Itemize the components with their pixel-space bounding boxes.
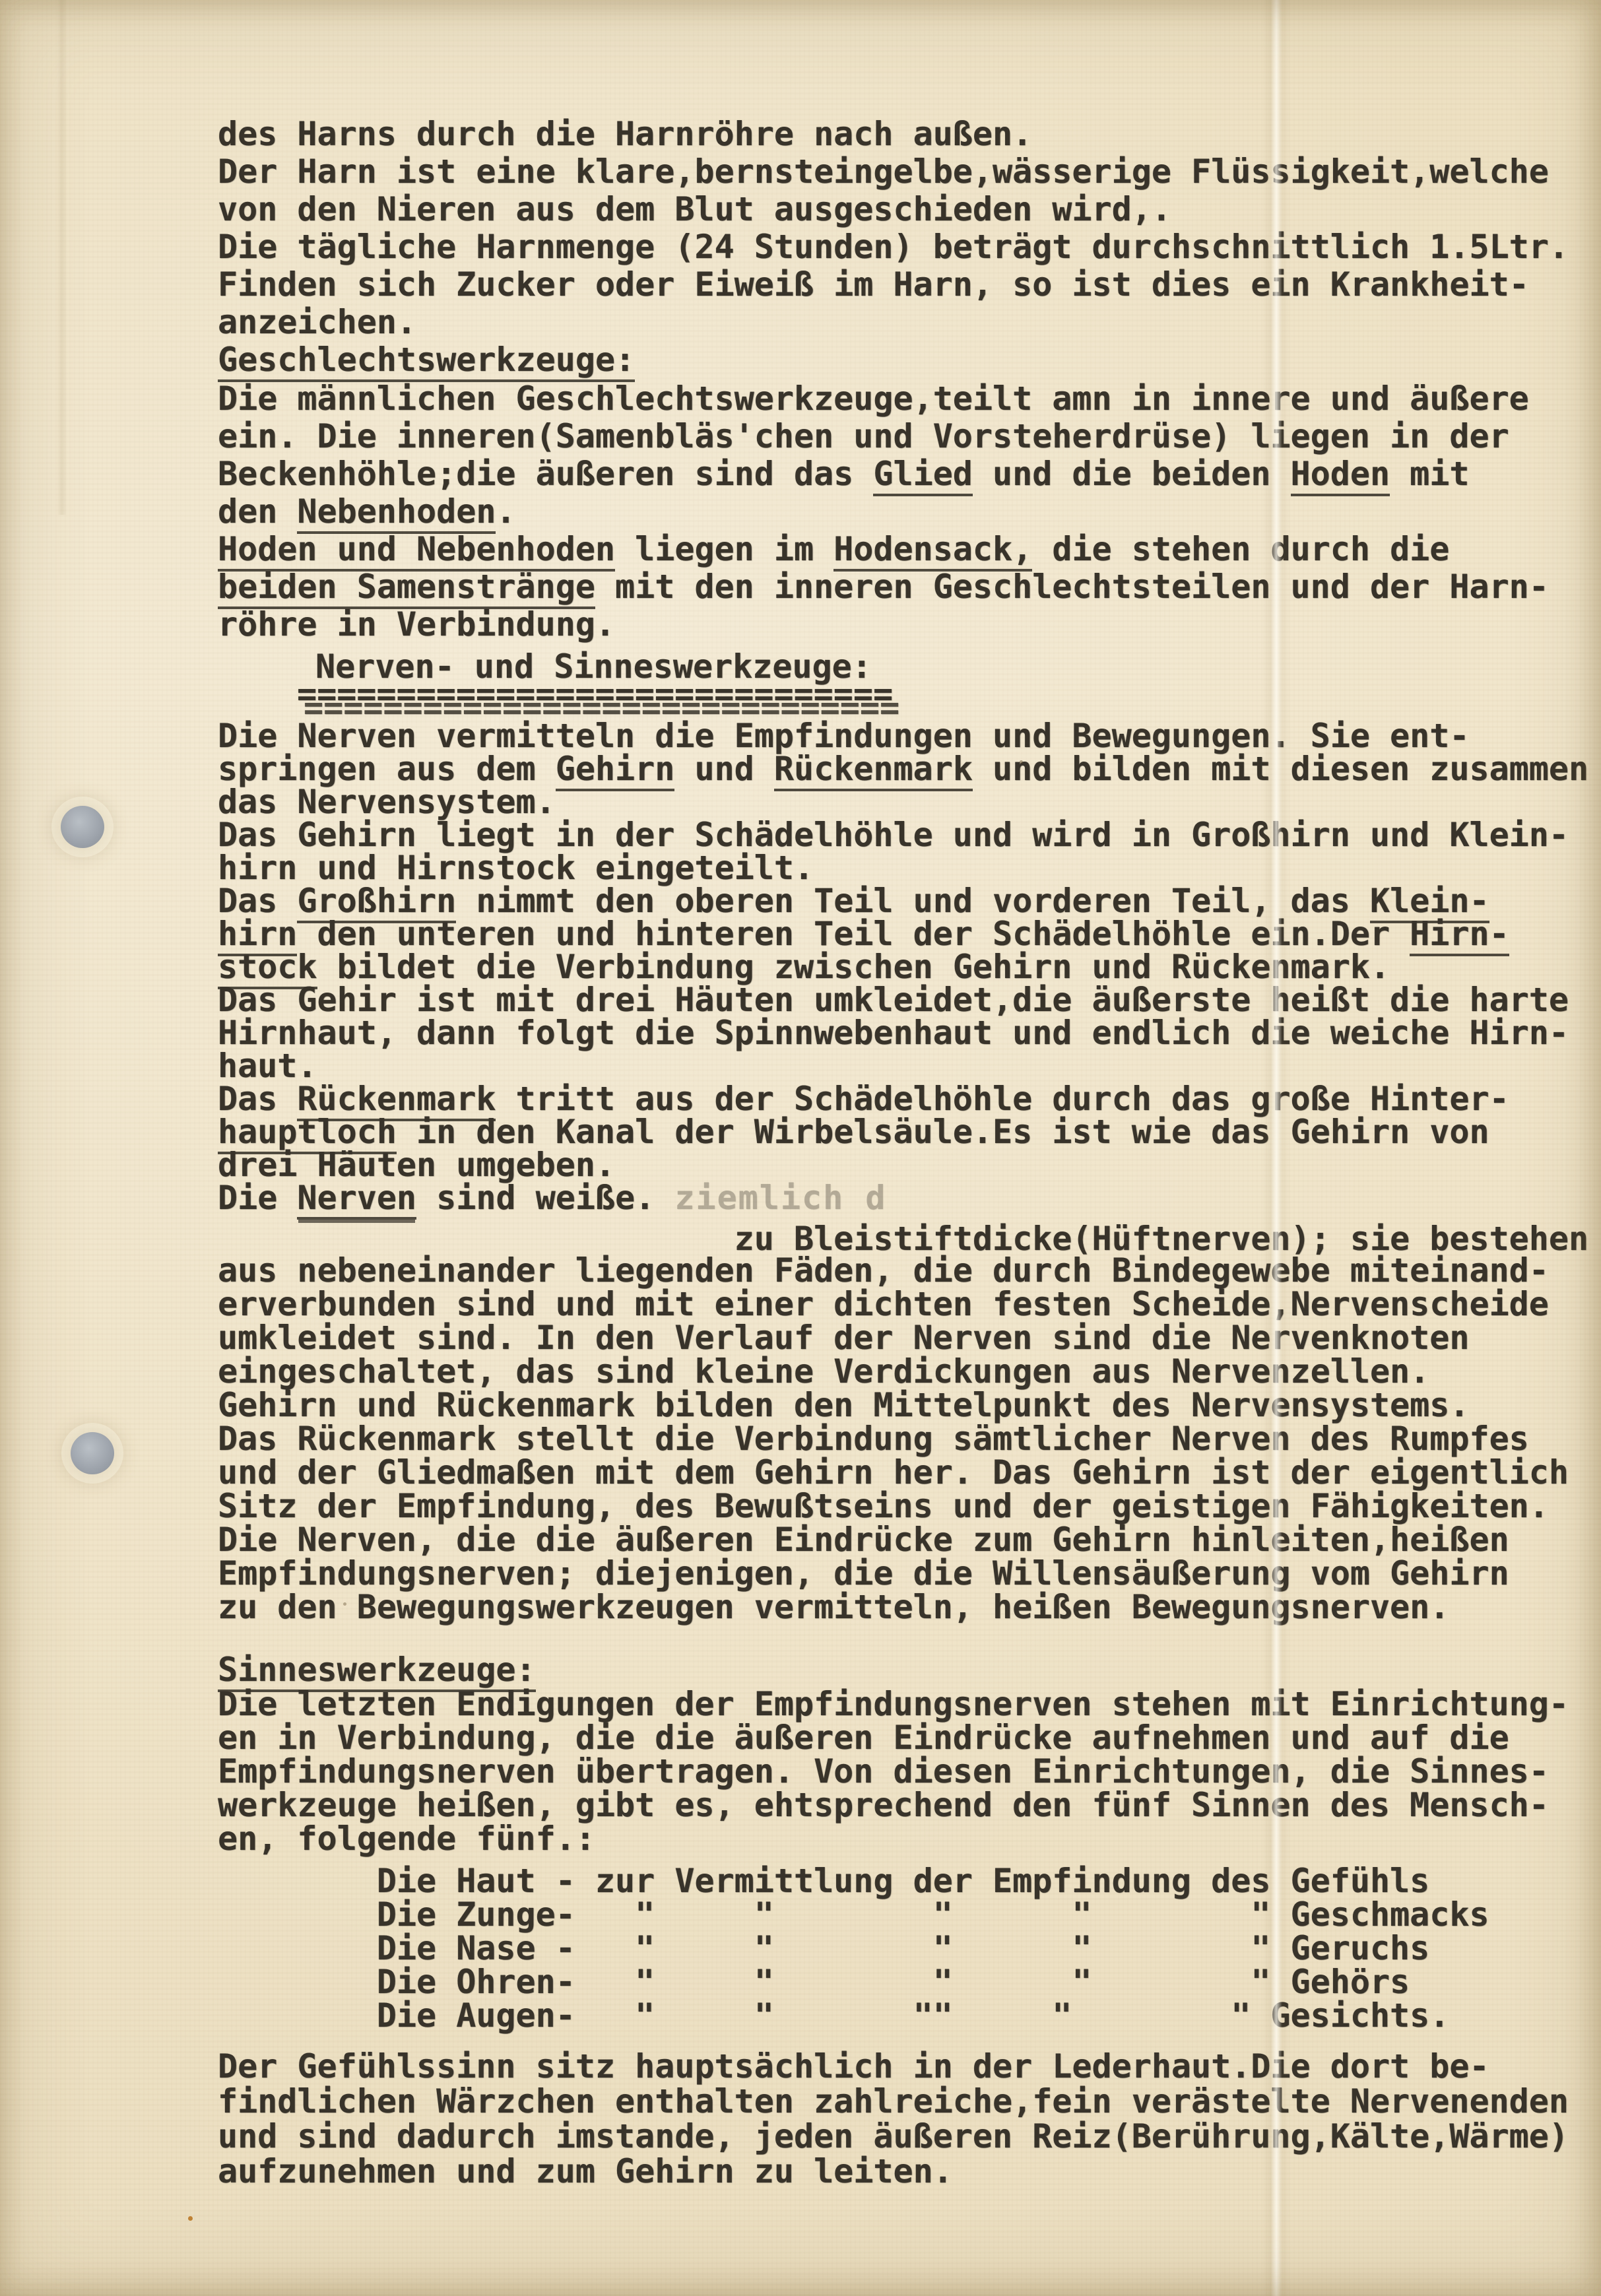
text-line: Hirnhaut, dann folgt die Spinnwebenhaut … bbox=[218, 1016, 1588, 1049]
text-segment: mit den inneren Geschlechtsteilen und de… bbox=[595, 568, 1549, 606]
text-line: Die männlichen Geschlechtswerkzeuge,teil… bbox=[218, 380, 1549, 418]
text-line: aufzunehmen und zum Gehirn zu leiten. bbox=[218, 2154, 1569, 2189]
text-line: erverbunden sind und mit einer dichten f… bbox=[218, 1288, 1569, 1321]
text-line: Die Augen- " " "" " " Gesichts. bbox=[218, 1999, 1489, 2033]
text-line: Empfindungsnerven; diejenigen, die die W… bbox=[218, 1557, 1569, 1591]
text-line: Die Nerven sind weiße. ziemlich d bbox=[218, 1181, 1588, 1214]
underlined-term: Rückenmark bbox=[774, 750, 973, 791]
faded-erased-text: ziemlich d bbox=[674, 1179, 886, 1217]
text-segment: und bbox=[674, 750, 774, 788]
text-segment: . bbox=[496, 492, 515, 531]
heading-geschlechtswerkzeuge: Geschlechtswerkzeuge: bbox=[218, 343, 635, 376]
paragraph-geschlechtswerkzeuge: Die männlichen Geschlechtswerkzeuge,teil… bbox=[218, 380, 1549, 643]
text-segment: zu den Bewegungswerkzeugen vermitteln, h… bbox=[218, 1588, 1449, 1626]
text-line: Die Nase - " " " " " Geruchs bbox=[218, 1932, 1489, 1965]
text-line: springen aus dem Gehirn und Rückenmark u… bbox=[218, 752, 1588, 785]
text-segment: umkleidet sind. In den Verlauf der Nerve… bbox=[218, 1319, 1469, 1357]
paper-speck bbox=[1020, 760, 1023, 764]
text-line: aus nebeneinander liegenden Fäden, die d… bbox=[218, 1254, 1569, 1288]
text-line: hirn und Hirnstock eingeteilt. bbox=[218, 851, 1588, 884]
paper-speck bbox=[343, 1602, 346, 1606]
text-segment: mit bbox=[1390, 455, 1469, 493]
text-segment: erverbunden sind und mit einer dichten f… bbox=[218, 1285, 1549, 1323]
text-segment: Die Nase - " " " " " Geruchs bbox=[218, 1929, 1429, 1967]
heading-sinneswerkzeuge: Sinneswerkzeuge: bbox=[218, 1653, 536, 1686]
text-segment: Gehirn und Rückenmark bilden den Mittelp… bbox=[218, 1386, 1469, 1424]
text-line: stock bildet die Verbindung zwischen Geh… bbox=[218, 950, 1588, 983]
underlined-term: Hoden und Nebenhoden bbox=[218, 530, 615, 572]
text-segment: des Harns durch die Harnröhre nach außen… bbox=[218, 115, 1032, 153]
text-line: werkzeuge heißen, gibt es, ehtsprechend … bbox=[218, 1788, 1569, 1822]
text-line: Finden sich Zucker oder Eiweiß im Harn, … bbox=[218, 266, 1569, 304]
text-segment: en, folgende fünf.: bbox=[218, 1820, 595, 1858]
text-line: Das Gehirn liegt in der Schädelhöhle und… bbox=[218, 818, 1588, 851]
text-segment: Beckenhöhle;die äußeren sind das bbox=[218, 455, 873, 493]
text-segment: Die männlichen Geschlechtswerkzeuge,teil… bbox=[218, 379, 1529, 418]
typewritten-text-layer: des Harns durch die Harnröhre nach außen… bbox=[0, 0, 1601, 2296]
underlined-term: beiden Samenstränge bbox=[218, 568, 595, 609]
hole-punch-top bbox=[61, 806, 104, 848]
text-segment: Empfindungsnerven; diejenigen, die die W… bbox=[218, 1554, 1509, 1592]
text-segment: aufzunehmen und zum Gehirn zu leiten. bbox=[218, 2152, 953, 2190]
text-line: Die tägliche Harnmenge (24 Stunden) betr… bbox=[218, 228, 1569, 266]
scanned-page: des Harns durch die Harnröhre nach außen… bbox=[0, 0, 1601, 2296]
text-segment: Finden sich Zucker oder Eiweiß im Harn, … bbox=[218, 265, 1529, 304]
text-line: Die Haut - zur Vermittlung der Empfindun… bbox=[218, 1864, 1489, 1898]
text-line: haut. bbox=[218, 1049, 1588, 1082]
underlined-term: Glied bbox=[873, 455, 973, 496]
text-segment: und die beiden bbox=[973, 455, 1291, 493]
text-segment: ein. Die inneren(Samenbläs'chen und Vors… bbox=[218, 417, 1509, 455]
text-segment: die stehen durch die bbox=[1032, 530, 1449, 568]
text-line: Die Nerven, die die äußeren Eindrücke zu… bbox=[218, 1523, 1569, 1557]
text-line: Hoden und Nebenhoden liegen im Hodensack… bbox=[218, 531, 1549, 568]
text-line: Die Nerven vermitteln die Empfindungen u… bbox=[218, 719, 1588, 752]
text-segment: Der Harn ist eine klare,bernsteingelbe,w… bbox=[218, 152, 1549, 191]
text-segment: und bilden mit diesen zusammen bbox=[973, 750, 1588, 788]
underlined-term: Hirn- bbox=[1410, 915, 1509, 956]
text-line: Beckenhöhle;die äußeren sind das Glied u… bbox=[218, 455, 1549, 493]
text-line: Das Rückenmark tritt aus der Schädelhöhl… bbox=[218, 1082, 1588, 1115]
text-line: Gehirn und Rückenmark bilden den Mittelp… bbox=[218, 1389, 1569, 1422]
paragraph-gefuehlssinn: Der Gefühlssinn sitz hauptsächlich in de… bbox=[218, 2049, 1569, 2189]
text-segment: Die tägliche Harnmenge (24 Stunden) betr… bbox=[218, 228, 1569, 266]
text-segment: liegen im bbox=[615, 530, 833, 568]
paragraph-nerven: Die Nerven vermitteln die Empfindungen u… bbox=[218, 719, 1588, 1214]
text-line: Die Zunge- " " " " " Geschmacks bbox=[218, 1898, 1489, 1932]
text-segment: Die Nerven, die die äußeren Eindrücke zu… bbox=[218, 1521, 1509, 1559]
text-segment: Die bbox=[218, 1179, 297, 1217]
text-line: hauptloch in den Kanal der Wirbelsäule.E… bbox=[218, 1115, 1588, 1148]
line-bleistiftdicke: zu Bleistiftdicke(Hüftnerven); sie beste… bbox=[218, 1222, 1588, 1255]
text-line: ============================== bbox=[304, 698, 899, 717]
underlined-term: Geschlechtswerkzeuge: bbox=[218, 341, 635, 382]
text-line: und der Gliedmaßen mit dem Gehirn her. D… bbox=[218, 1456, 1569, 1490]
text-line: röhre in Verbindung. bbox=[218, 606, 1549, 643]
text-segment: Der Gefühlssinn sitz hauptsächlich in de… bbox=[218, 2047, 1489, 2085]
text-line: zu den Bewegungswerkzeugen vermitteln, h… bbox=[218, 1591, 1569, 1624]
text-segment: eingeschaltet, das sind kleine Verdickun… bbox=[218, 1352, 1429, 1391]
text-segment: den bbox=[218, 492, 297, 531]
text-segment: Die Ohren- " " " " " Gehörs bbox=[218, 1963, 1410, 2001]
text-line: umkleidet sind. In den Verlauf der Nerve… bbox=[218, 1321, 1569, 1355]
text-segment: Die letzten Endigungen der Empfindungsne… bbox=[218, 1685, 1569, 1723]
text-segment: und sind dadurch imstande, jeden äußeren… bbox=[218, 2117, 1569, 2155]
list-fuenf-sinne: Die Haut - zur Vermittlung der Empfindun… bbox=[218, 1864, 1489, 2033]
text-line: en, folgende fünf.: bbox=[218, 1822, 1569, 1856]
text-line: beiden Samenstränge mit den inneren Gesc… bbox=[218, 568, 1549, 606]
text-segment: werkzeuge heißen, gibt es, ehtsprechend … bbox=[218, 1786, 1549, 1824]
text-line: Geschlechtswerkzeuge: bbox=[218, 343, 635, 376]
text-line: Die Ohren- " " " " " Gehörs bbox=[218, 1965, 1489, 1999]
text-segment: aus nebeneinander liegenden Fäden, die d… bbox=[218, 1251, 1549, 1290]
text-line: Das Großhirn nimmt den oberen Teil und v… bbox=[218, 884, 1588, 917]
text-segment: Hirnhaut, dann folgt die Spinnwebenhaut … bbox=[218, 1014, 1569, 1052]
text-segment: findlichen Wärzchen enthalten zahlreiche… bbox=[218, 2082, 1569, 2120]
text-segment: Die Zunge- " " " " " Geschmacks bbox=[218, 1895, 1489, 1934]
text-line: von den Nieren aus dem Blut ausgeschiede… bbox=[218, 191, 1569, 228]
text-line: Das Rückenmark stellt die Verbindung säm… bbox=[218, 1422, 1569, 1456]
text-segment: Die Haut - zur Vermittlung der Empfindun… bbox=[218, 1862, 1429, 1900]
text-segment: von den Nieren aus dem Blut ausgeschiede… bbox=[218, 190, 1171, 228]
text-line: anzeichen. bbox=[218, 304, 1569, 341]
paragraph-sinneswerkzeuge: Die letzten Endigungen der Empfindungsne… bbox=[218, 1688, 1569, 1856]
text-line: Der Harn ist eine klare,bernsteingelbe,w… bbox=[218, 153, 1569, 191]
text-line: Sitz der Empfindung, des Bewußtseins und… bbox=[218, 1490, 1569, 1523]
underlined-term: Hodensack, bbox=[833, 530, 1032, 572]
text-line: Empfindungsnerven übertragen. Von diesen… bbox=[218, 1755, 1569, 1788]
underlined-term: Nerven bbox=[297, 1179, 416, 1220]
hole-punch-bottom bbox=[71, 1432, 114, 1474]
text-segment: und der Gliedmaßen mit dem Gehirn her. D… bbox=[218, 1453, 1569, 1492]
text-segment: Das Rückenmark stellt die Verbindung säm… bbox=[218, 1420, 1529, 1458]
text-segment: anzeichen. bbox=[218, 303, 416, 341]
text-line: hirn den unteren und hinteren Teil der S… bbox=[218, 917, 1588, 950]
text-line: en in Verbindung, die die äußeren Eindrü… bbox=[218, 1721, 1569, 1755]
text-line: drei Häuten umgeben. bbox=[218, 1148, 1588, 1181]
text-segment: sind weiße. bbox=[416, 1179, 674, 1217]
paragraph-harn: des Harns durch die Harnröhre nach außen… bbox=[218, 115, 1569, 341]
text-line: des Harns durch die Harnröhre nach außen… bbox=[218, 115, 1569, 153]
text-line: findlichen Wärzchen enthalten zahlreiche… bbox=[218, 2084, 1569, 2119]
text-line: den Nebenhoden. bbox=[218, 493, 1549, 531]
text-line: Sinneswerkzeuge: bbox=[218, 1653, 536, 1686]
paragraph-nerven-fortsetzung: aus nebeneinander liegenden Fäden, die d… bbox=[218, 1254, 1569, 1624]
underlined-term: Gehirn bbox=[556, 750, 675, 791]
divider-double-equals: ========================================… bbox=[297, 684, 899, 717]
text-line: und sind dadurch imstande, jeden äußeren… bbox=[218, 2119, 1569, 2154]
underlined-term: Hoden bbox=[1291, 455, 1390, 496]
text-segment: Die Augen- " " "" " " Gesichts. bbox=[218, 1996, 1449, 2035]
text-line: Die letzten Endigungen der Empfindungsne… bbox=[218, 1688, 1569, 1721]
text-line: ein. Die inneren(Samenbläs'chen und Vors… bbox=[218, 418, 1549, 455]
text-segment: röhre in Verbindung. bbox=[218, 605, 615, 643]
text-segment: Empfindungsnerven übertragen. Von diesen… bbox=[218, 1752, 1549, 1790]
text-segment: Sitz der Empfindung, des Bewußtseins und… bbox=[218, 1487, 1549, 1525]
text-line: Das Gehir ist mit drei Häuten umkleidet,… bbox=[218, 983, 1588, 1016]
text-line: Der Gefühlssinn sitz hauptsächlich in de… bbox=[218, 2049, 1569, 2084]
text-line: eingeschaltet, das sind kleine Verdickun… bbox=[218, 1355, 1569, 1389]
paper-speck bbox=[188, 2216, 193, 2221]
underlined-term: Nebenhoden bbox=[297, 492, 496, 534]
text-line: zu Bleistiftdicke(Hüftnerven); sie beste… bbox=[218, 1222, 1588, 1255]
text-segment: en in Verbindung, die die äußeren Eindrü… bbox=[218, 1719, 1509, 1757]
